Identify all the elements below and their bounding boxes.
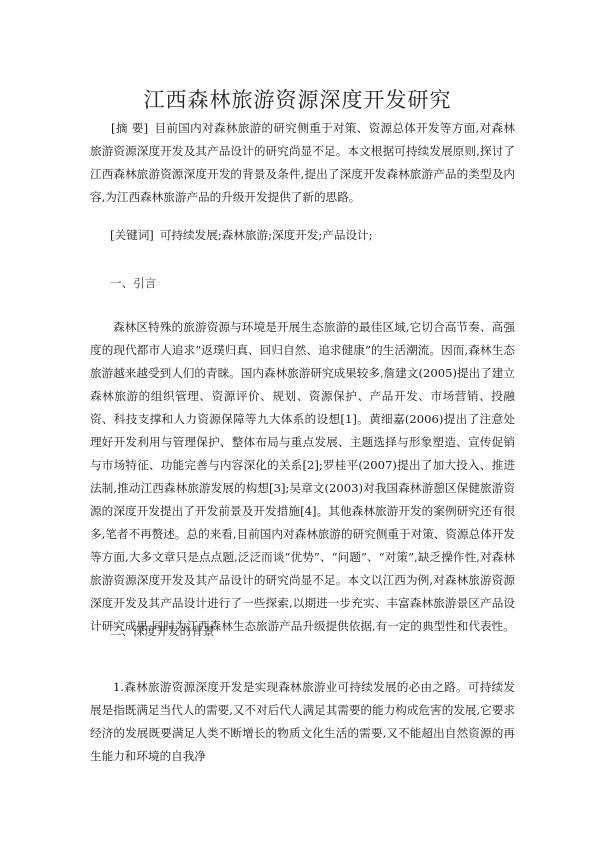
keywords-line: [关键词]可持续发展;森林旅游;深度开发;产品设计; bbox=[110, 224, 515, 247]
keywords-text: 可持续发展;森林旅游;深度开发;产品设计; bbox=[160, 228, 373, 242]
document-page: 江西森林旅游资源深度开发研究 [摘 要]目前国内对森林旅游的研究侧重于对策、资源… bbox=[0, 0, 595, 842]
section-paragraph-background: 1.森林旅游资源深度开发是实现森林旅游业可持续发展的必由之路。可持续发展是指既满… bbox=[90, 676, 515, 768]
document-title: 江西森林旅游资源深度开发研究 bbox=[0, 84, 595, 114]
abstract-text: 目前国内对森林旅游的研究侧重于对策、资源总体开发等方面,对森林旅游资源深度开发及… bbox=[90, 121, 515, 204]
section-paragraph-introduction: 森林区特殊的旅游资源与环境是开展生态旅游的最佳区域,它切合高节奏、高强度的现代都… bbox=[90, 316, 515, 638]
section-heading-background: 二、深度开发的背景 bbox=[110, 620, 214, 643]
section-heading-introduction: 一、引言 bbox=[110, 272, 156, 295]
abstract-paragraph: [摘 要]目前国内对森林旅游的研究侧重于对策、资源总体开发等方面,对森林旅游资源… bbox=[90, 117, 515, 209]
keywords-label: [关键词] bbox=[110, 228, 154, 242]
abstract-label: [摘 要] bbox=[111, 121, 148, 135]
